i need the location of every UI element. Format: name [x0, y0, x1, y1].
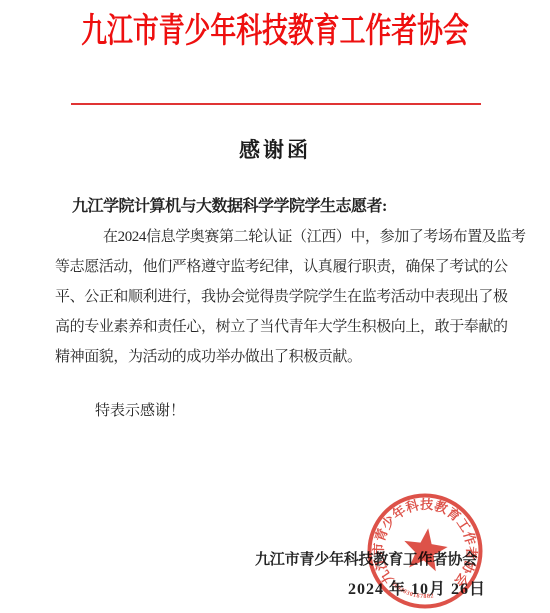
body-line: 平、公正和顺利进行，我协会觉得贵学院学生在监考活动中表现出了极 [55, 282, 515, 312]
letterhead-divider [71, 103, 481, 105]
body-line: 精神面貌，为活动的成功举办做出了积极贡献。 [55, 342, 515, 372]
official-seal-stamp: 九江市青少年科技教育工作者协会 3604030187882 [365, 491, 485, 611]
closing-line: 特表示感谢！ [95, 399, 185, 420]
addressee-line: 九江学院计算机与大数据科学学院学生志愿者: [72, 193, 387, 216]
letter-body: 在2024信息学奥赛第二轮认证（江西）中，参加了考场布置及监考 等志愿活动，他们… [55, 222, 515, 372]
star-icon [401, 525, 450, 572]
body-line: 等志愿活动，他们严格遵守监考纪律，认真履行职责，确保了考试的公 [55, 252, 515, 282]
body-line: 高的专业素养和责任心，树立了当代青年大学生积极向上，敢于奉献的 [55, 312, 515, 342]
letter-page: 九江市青少年科技教育工作者协会 感谢函 九江学院计算机与大数据科学学院学生志愿者… [0, 0, 550, 613]
letterhead-title: 九江市青少年科技教育工作者协会 [66, 10, 484, 54]
letter-title: 感谢函 [0, 134, 550, 164]
body-line: 在2024信息学奥赛第二轮认证（江西）中，参加了考场布置及监考 [55, 222, 515, 252]
